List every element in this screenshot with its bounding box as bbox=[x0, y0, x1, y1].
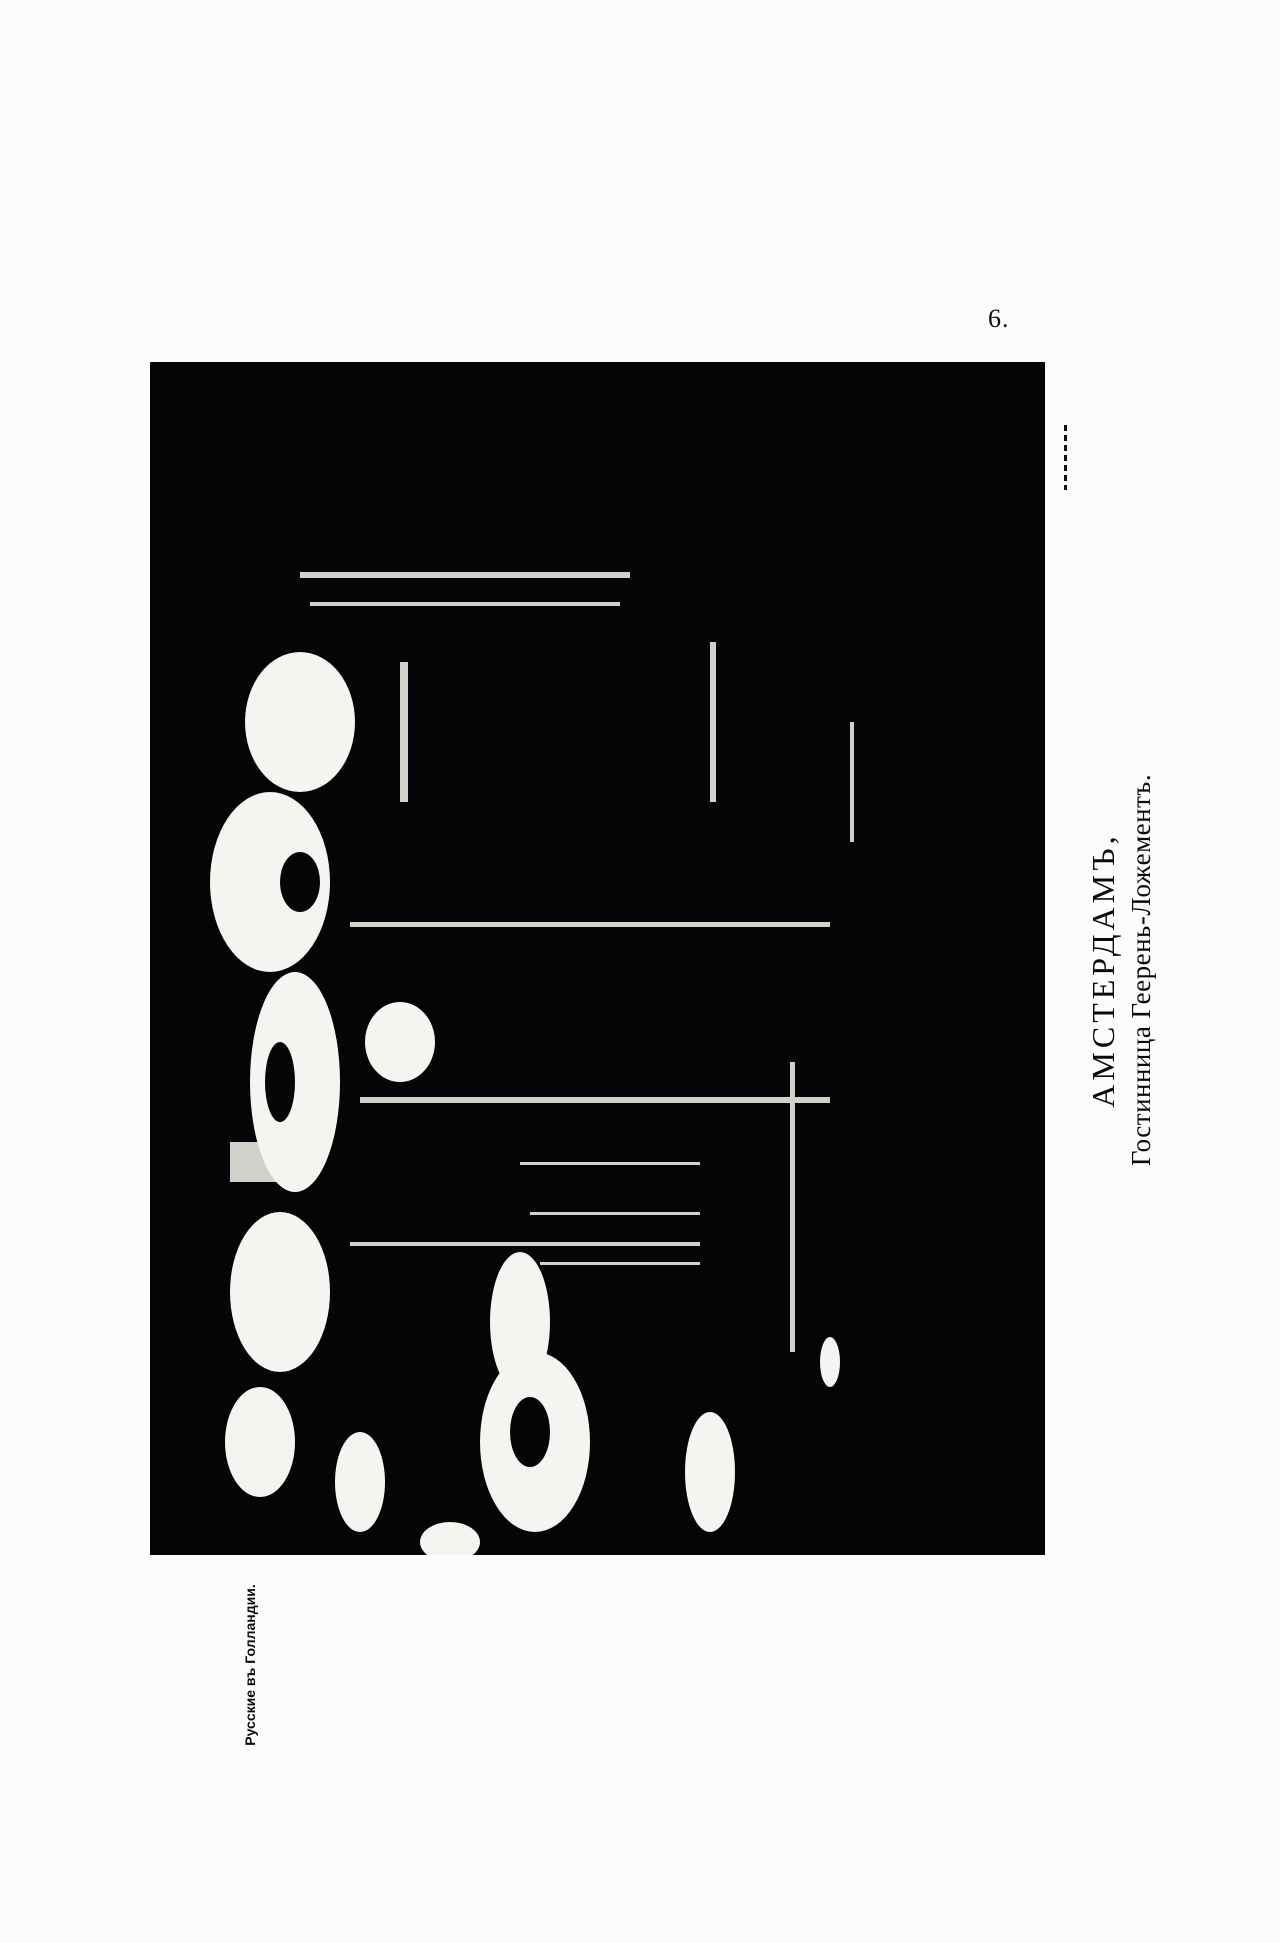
series-caption: Русские въ Голландии. bbox=[235, 1570, 265, 1760]
caption-rotated: АМСТЕРДАМЪ, Гостинница Геерень-Ложементъ… bbox=[1082, 774, 1158, 1166]
caption-subtitle: Гостинница Геерень-Ложементъ. bbox=[1124, 774, 1158, 1166]
photograph-plate bbox=[150, 362, 1045, 1555]
page-number: 6. bbox=[988, 304, 1010, 334]
series-title: Русские въ Голландии. bbox=[242, 1584, 258, 1745]
hotel-photograph bbox=[150, 362, 1045, 1555]
caption-title: АМСТЕРДАМЪ, bbox=[1082, 774, 1124, 1166]
plate-caption: АМСТЕРДАМЪ, Гостинница Геерень-Ложементъ… bbox=[1060, 740, 1180, 1200]
margin-mark bbox=[1064, 425, 1067, 490]
